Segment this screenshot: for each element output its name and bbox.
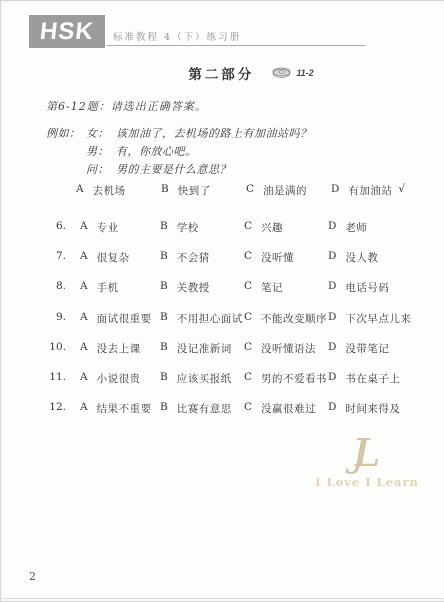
question-option: D 老师 <box>328 220 431 235</box>
question-option: C 不能改变顺序 <box>244 311 328 326</box>
example-label: 例如： <box>46 125 86 143</box>
option-text: 专业 <box>97 220 119 235</box>
option-text: 手机 <box>97 280 119 295</box>
option-letter: B <box>160 311 168 326</box>
workbook-page: HSK 标准教程 4（下）练习册 第二部分 11-2 第6-12题：请选出正确答… <box>0 0 444 602</box>
watermark: JL I Love I Learn <box>307 433 427 489</box>
example-option: A 去机场 <box>76 183 161 198</box>
question-number: 12. <box>46 401 80 413</box>
header-divider <box>107 45 365 46</box>
option-text: 没带笔记 <box>345 341 389 356</box>
question-option: C 男的不爱看书 <box>244 371 328 386</box>
option-letter: C <box>244 220 252 235</box>
option-letter: B <box>160 250 168 265</box>
question-option: B 没记准新词 <box>160 341 244 356</box>
option-text: 兴趣 <box>261 220 283 235</box>
question-row: 6. A 专业 B 学校 C 兴趣 D 老师 <box>46 220 431 250</box>
option-text: 老师 <box>345 220 367 235</box>
watermark-text: I Love I Learn <box>307 475 427 489</box>
option-text: 结果不重要 <box>97 401 152 416</box>
option-letter: A <box>76 183 84 198</box>
question-number: 11. <box>46 371 80 383</box>
option-letter: B <box>160 280 168 295</box>
hsk-logo: HSK <box>29 15 105 48</box>
question-option: A 面试很重要 <box>80 311 160 326</box>
option-letter: D <box>328 250 336 265</box>
option-letter: C <box>244 280 252 295</box>
example-option: B 快到了 <box>161 183 246 198</box>
option-letter: A <box>80 341 88 356</box>
question-option: B 不用担心面试 <box>160 311 244 326</box>
checkmark: √ <box>398 183 405 198</box>
question-option: B 关教授 <box>160 280 244 295</box>
option-text: 书在桌子上 <box>345 371 400 386</box>
example-line: 男： 有，你放心吧。 <box>46 143 312 161</box>
option-letter: A <box>80 280 88 295</box>
option-text: 没去上课 <box>97 341 141 356</box>
option-letter: A <box>80 220 88 235</box>
question-row: 8. A 手机 B 关教授 C 笔记 D 电话号码 <box>46 280 431 310</box>
question-option: D 时间来得及 <box>328 401 431 416</box>
option-text: 笔记 <box>261 280 283 295</box>
example-line: 例如： 女： 该加油了，去机场的路上有加油站吗？ <box>46 125 312 143</box>
speaker-label: 男： <box>86 143 116 161</box>
option-text: 没记准新词 <box>177 341 232 356</box>
option-text: 不用担心面试 <box>177 311 243 326</box>
option-letter: B <box>160 401 168 416</box>
option-letter: C <box>244 371 252 386</box>
option-letter: B <box>160 341 168 356</box>
option-text: 应该买报纸 <box>177 371 232 386</box>
option-letter: B <box>160 371 168 386</box>
option-text: 比赛有意思 <box>177 401 232 416</box>
example-line: 问： 男的主要是什么意思？ <box>46 161 312 179</box>
option-letter: D <box>328 341 336 356</box>
question-option: A 没去上课 <box>80 341 160 356</box>
audio-track-number: 11-2 <box>296 68 313 78</box>
question-option: A 结果不重要 <box>80 401 160 416</box>
option-text: 没听懂语法 <box>261 341 316 356</box>
option-text: 油是满的 <box>263 183 307 198</box>
question-number: 6. <box>46 220 80 232</box>
section-title: 第二部分 <box>188 63 254 83</box>
option-text: 没人教 <box>345 250 378 265</box>
option-text: 不会猜 <box>177 250 210 265</box>
option-letter: A <box>80 311 88 326</box>
example-options-row: A 去机场 B 快到了 C 油是满的 D 有加油站 √ <box>76 183 436 198</box>
dialogue-text: 男的主要是什么意思？ <box>116 161 231 179</box>
audio-disc-icon <box>272 67 291 79</box>
option-letter: C <box>246 183 254 198</box>
option-text: 时间来得及 <box>345 401 400 416</box>
option-letter: B <box>160 220 168 235</box>
page-number: 2 <box>29 570 36 583</box>
question-option: A 手机 <box>80 280 160 295</box>
question-option: D 书在桌子上 <box>328 371 431 386</box>
question-number: 8. <box>46 280 80 292</box>
option-letter: A <box>80 371 88 386</box>
question-option: D 没人教 <box>328 250 431 265</box>
question-option: A 专业 <box>80 220 160 235</box>
option-text: 下次早点儿来 <box>345 311 411 326</box>
option-letter: A <box>80 401 88 416</box>
hsk-logo-text: HSK <box>39 18 96 46</box>
option-text: 学校 <box>177 220 199 235</box>
speaker-label: 问： <box>86 161 116 179</box>
dialogue-text: 该加油了，去机场的路上有加油站吗？ <box>116 125 312 143</box>
example-block: 例如： 女： 该加油了，去机场的路上有加油站吗？ 男： 有，你放心吧。 问： 男… <box>46 125 312 179</box>
option-text: 关教授 <box>177 280 210 295</box>
option-text: 不能改变顺序 <box>261 311 327 326</box>
option-letter: D <box>328 311 336 326</box>
option-letter: C <box>244 401 252 416</box>
question-option: A 小说很贵 <box>80 371 160 386</box>
questions-list: 6. A 专业 B 学校 C 兴趣 D 老师 7. A 很复杂 <box>46 220 431 431</box>
question-number: 7. <box>46 250 80 262</box>
option-text: 面试很重要 <box>97 311 152 326</box>
question-option: C 笔记 <box>244 280 328 295</box>
question-option: D 下次早点儿来 <box>328 311 431 326</box>
scan-edge-line <box>1 598 444 599</box>
option-text: 很复杂 <box>97 250 130 265</box>
option-letter: A <box>80 250 88 265</box>
question-number: 9. <box>46 311 80 323</box>
option-letter: D <box>328 280 336 295</box>
option-letter: D <box>328 401 336 416</box>
question-option: C 没听懂语法 <box>244 341 328 356</box>
question-option: A 很复杂 <box>80 250 160 265</box>
question-option: B 比赛有意思 <box>160 401 244 416</box>
option-text: 男的不爱看书 <box>261 371 327 386</box>
watermark-monogram: JL <box>307 433 427 473</box>
question-number: 10. <box>46 341 80 353</box>
option-letter: C <box>244 250 252 265</box>
question-option: B 应该买报纸 <box>160 371 244 386</box>
question-option: D 电话号码 <box>328 280 431 295</box>
question-option: B 不会猜 <box>160 250 244 265</box>
option-text: 小说很贵 <box>97 371 141 386</box>
question-row: 9. A 面试很重要 B 不用担心面试 C 不能改变顺序 D 下次早点儿来 <box>46 311 431 341</box>
option-text: 快到了 <box>178 183 211 198</box>
question-row: 12. A 结果不重要 B 比赛有意思 C 没赢很难过 D 时间来得及 <box>46 401 431 431</box>
section-instruction: 第6-12题：请选出正确答案。 <box>46 98 207 114</box>
question-option: C 没赢很难过 <box>244 401 328 416</box>
dialogue-text: 有，你放心吧。 <box>116 143 197 161</box>
example-option: C 油是满的 <box>246 183 331 198</box>
option-text: 没赢很难过 <box>261 401 316 416</box>
section-title-row: 第二部分 11-2 <box>1 63 444 83</box>
option-letter: D <box>328 220 336 235</box>
option-text: 去机场 <box>93 183 126 198</box>
option-letter: D <box>328 371 336 386</box>
option-text: 电话号码 <box>345 280 389 295</box>
question-option: C 没听懂 <box>244 250 328 265</box>
option-letter: C <box>244 341 252 356</box>
question-option: C 兴趣 <box>244 220 328 235</box>
option-letter: C <box>244 311 252 326</box>
question-row: 7. A 很复杂 B 不会猜 C 没听懂 D 没人教 <box>46 250 431 280</box>
question-option: B 学校 <box>160 220 244 235</box>
speaker-label: 女： <box>86 125 116 143</box>
option-letter: B <box>161 183 169 198</box>
option-text: 没听懂 <box>261 250 294 265</box>
option-letter: D <box>331 183 339 198</box>
question-option: D 没带笔记 <box>328 341 431 356</box>
question-row: 11. A 小说很贵 B 应该买报纸 C 男的不爱看书 D 书在桌子上 <box>46 371 431 401</box>
book-subtitle: 标准教程 4（下）练习册 <box>113 29 241 43</box>
option-text: 有加油站 <box>348 183 392 198</box>
question-row: 10. A 没去上课 B 没记准新词 C 没听懂语法 D 没带笔记 <box>46 341 431 371</box>
example-option-correct: D 有加油站 √ <box>331 183 436 198</box>
